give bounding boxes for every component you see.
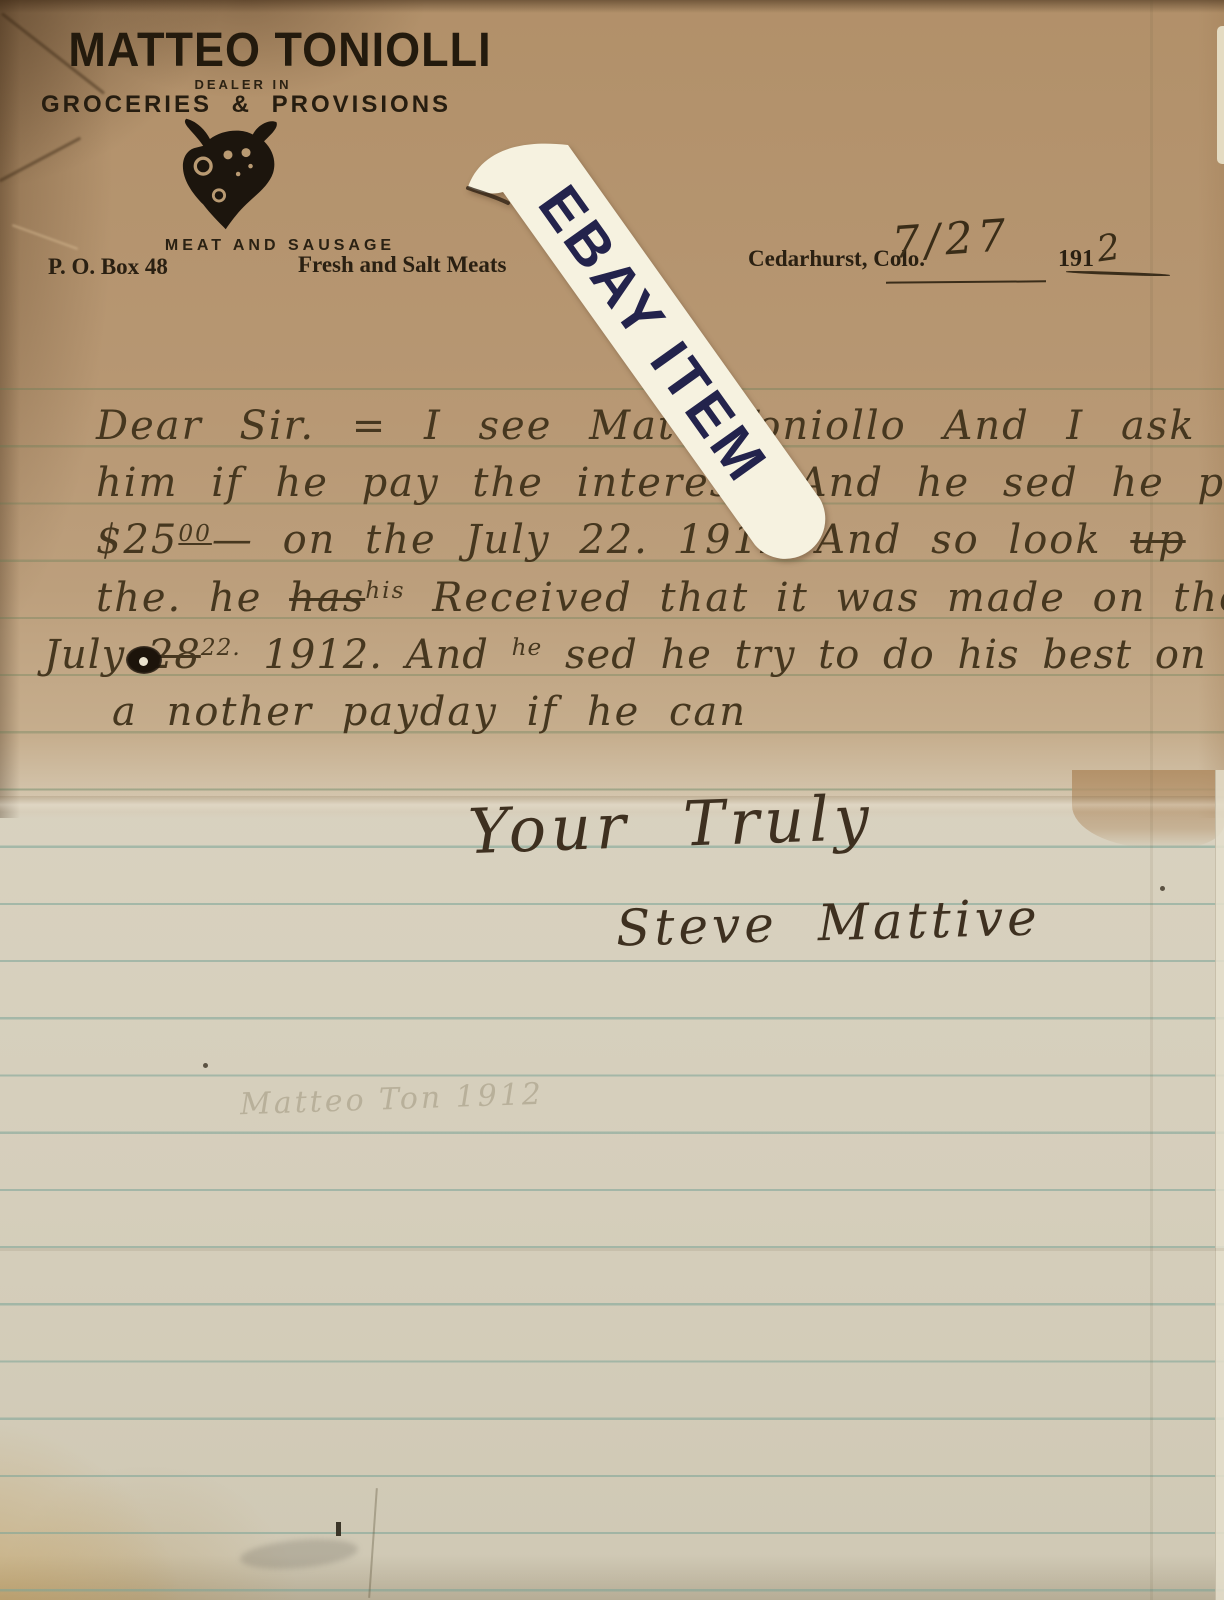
ink-tick <box>336 1522 341 1536</box>
handwritten-segment-sup: his <box>365 577 405 604</box>
handwritten-segment-text: 1912. And <box>241 632 512 678</box>
horizontal-crease <box>0 1248 1224 1251</box>
bull-head-logo <box>163 112 311 236</box>
handwritten-segment-supu: 00 <box>178 520 212 547</box>
vertical-crease <box>1150 0 1153 1600</box>
handwritten-segment-text: the. he <box>96 575 289 621</box>
handwritten-segment-text: sed he try to do his best on <box>542 632 1206 678</box>
handwritten-segment-text: $25 <box>96 517 178 563</box>
valediction: Your Truly <box>467 781 875 868</box>
ebay-item-sticker-text: EBAY ITEM <box>526 174 781 495</box>
dealer-in-line: DEALER IN <box>0 77 486 92</box>
printed-year-prefix: 191 <box>1058 246 1094 273</box>
ink-blot <box>126 646 162 674</box>
po-box: P. O. Box 48 <box>48 254 168 280</box>
signature: Steve Mattive <box>615 888 1041 957</box>
handwritten-line: a nother payday if he can <box>96 684 1206 741</box>
handwritten-segment-sup: he <box>512 634 543 661</box>
ebay-item-sticker: EBAY ITEM <box>420 92 860 592</box>
handwritten-date: 7/27 <box>890 210 1012 269</box>
handwritten-segment-sup: 22. <box>201 634 241 661</box>
company-name: MATTEO TONIOLLI <box>0 22 560 78</box>
torn-edge-notch <box>1217 26 1224 164</box>
handwritten-line: July 2822. 1912. And he sed he try to do… <box>44 627 1206 684</box>
torn-right-edge <box>1215 770 1224 1600</box>
handwritten-segment-strike: up <box>1130 517 1185 563</box>
speck <box>1160 886 1165 891</box>
handwritten-segment-text: a nother payday if he can <box>112 689 747 735</box>
handwritten-segment-strike: has <box>289 575 365 621</box>
speck <box>203 1063 208 1068</box>
scanned-letter-page: MATTEO TONIOLLI DEALER IN GROCERIES & PR… <box>0 0 1224 1600</box>
